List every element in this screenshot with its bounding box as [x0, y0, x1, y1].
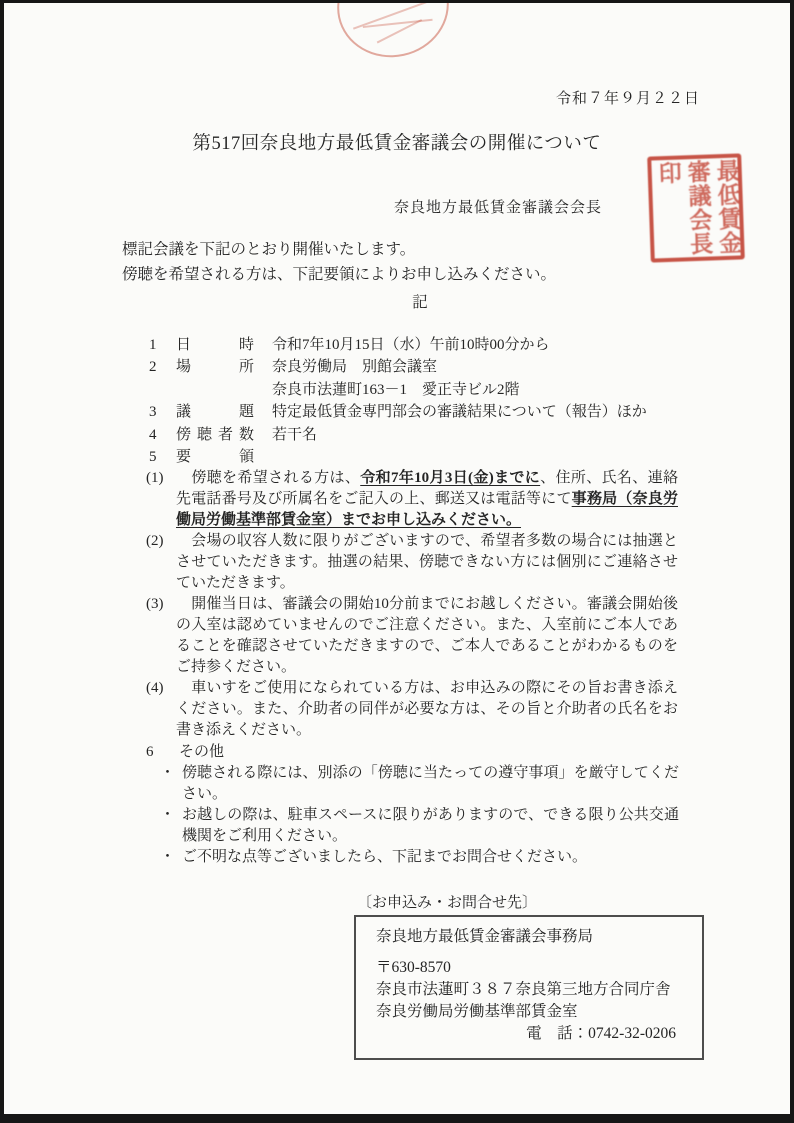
item-value — [272, 446, 709, 468]
item-value: 若干名 — [272, 424, 709, 446]
section-title: その他 — [179, 742, 224, 763]
item-number: 4 — [149, 424, 176, 446]
item-value: 令和7年10月15日（水）午前10時00分から — [272, 334, 709, 356]
sub-item-2: (2) 会場の収容人数に限りがございますので、希望者多数の場合には抽選とさせてい… — [146, 531, 680, 594]
list-item-agenda: 3 議 題 特定最低賃金専門部会の審議結果について（報告）ほか — [149, 401, 709, 423]
document-title: 第517回奈良地方最低賃金審議会の開催について — [4, 129, 790, 155]
item-label: 傍聴者数 — [176, 424, 254, 446]
item-label: 場 所 — [176, 356, 254, 401]
intro-line-1: 標記会議を下記のとおり開催いたします。 — [122, 237, 556, 262]
date-received-stamp-icon — [328, 0, 459, 68]
place-line-2: 奈良市法蓮町163－1 愛正寺ビル2階 — [272, 379, 709, 401]
bullet-icon: ・ — [160, 847, 182, 868]
procedure-sub-list: (1) 傍聴を希望される方は、令和7年10月3日(金)までに、住所、氏名、連絡先… — [146, 468, 680, 868]
official-seal-icon: 奈良地方最低賃金審議会長印 — [647, 153, 745, 262]
contact-organization: 奈良地方最低賃金審議会事務局 — [376, 926, 702, 948]
item-number: 1 — [149, 334, 176, 356]
item-number: 2 — [149, 356, 176, 401]
item-number: 3 — [149, 401, 176, 423]
item-label: 要 領 — [176, 446, 254, 468]
sub-item-text: 傍聴を希望される方は、令和7年10月3日(金)までに、住所、氏名、連絡先電話番号… — [176, 468, 678, 531]
sub-item-marker: (1) — [146, 468, 176, 531]
contact-postal-code: 〒630-8570 — [376, 957, 702, 979]
document-date: 令和７年９月２２日 — [556, 87, 700, 108]
sub-item-text: 開催当日は、審議会の開始10分前までにお越しください。審議会開始後の入室は認めて… — [176, 594, 678, 678]
item-number: 5 — [149, 446, 176, 468]
ki-heading: 記 — [122, 290, 718, 312]
sub-item-1: (1) 傍聴を希望される方は、令和7年10月3日(金)までに、住所、氏名、連絡先… — [146, 468, 680, 531]
contact-phone: 電 話：0742-32-0206 — [376, 1023, 702, 1045]
bullet-item-2: ・ お越しの際は、駐車スペースに限りがありますので、できる限り公共交通機関をご利… — [160, 805, 680, 847]
bullet-icon: ・ — [160, 763, 182, 805]
section-other: 6 その他 ・ 傍聴される際には、別添の「傍聴に当たっての遵守事項」を厳守してく… — [146, 742, 680, 868]
item-value: 特定最低賃金専門部会の審議結果について（報告）ほか — [272, 401, 709, 423]
bullet-text: 傍聴される際には、別添の「傍聴に当たっての遵守事項」を厳守してください。 — [182, 763, 679, 805]
bullet-text: お越しの際は、駐車スペースに限りがありますので、できる限り公共交通機関をご利用く… — [182, 805, 679, 847]
sender-name: 奈良地方最低賃金審議会会長 — [394, 196, 602, 217]
contact-address: 奈良市法蓮町３８７奈良第三地方合同庁舎 — [376, 979, 702, 1001]
sub-item-4: (4) 車いすをご使用になられている方は、お申込みの際にその旨お書き添えください… — [146, 678, 680, 741]
contact-section-label: 〔お申込み・お問合せ先〕 — [357, 891, 537, 912]
item-label: 日 時 — [176, 334, 254, 356]
seal-text: 奈良地方最低賃金審議会長印 — [651, 156, 745, 258]
main-item-list: 1 日 時 令和7年10月15日（水）午前10時00分から 2 場 所 奈良労働… — [149, 334, 709, 468]
sub-item-text: 車いすをご使用になられている方は、お申込みの際にその旨お書き添えください。また、… — [176, 678, 678, 741]
intro-line-2: 傍聴を希望される方は、下記要領によりお申し込みください。 — [122, 262, 556, 287]
sub-item-text: 会場の収容人数に限りがございますので、希望者多数の場合には抽選とさせていただきま… — [176, 531, 678, 594]
list-item-datetime: 1 日 時 令和7年10月15日（水）午前10時00分から — [149, 334, 709, 356]
section-number: 6 — [146, 742, 179, 763]
item-value: 奈良労働局 別館会議室 奈良市法蓮町163－1 愛正寺ビル2階 — [272, 356, 709, 401]
item-label: 議 題 — [176, 401, 254, 423]
bullet-item-1: ・ 傍聴される際には、別添の「傍聴に当たっての遵守事項」を厳守してください。 — [160, 763, 680, 805]
sub-item-3: (3) 開催当日は、審議会の開始10分前までにお越しください。審議会開始後の入室… — [146, 594, 680, 678]
bullet-item-3: ・ ご不明な点等ございましたら、下記までお問合せください。 — [160, 847, 680, 868]
bullet-text: ご不明な点等ございましたら、下記までお問合せください。 — [182, 847, 679, 868]
text-segment: 傍聴を希望される方は、 — [176, 470, 360, 486]
bullet-icon: ・ — [160, 805, 182, 847]
section-other-heading: 6 その他 — [146, 742, 680, 763]
contact-office: 奈良労働局労働基準部賃金室 — [376, 1001, 702, 1023]
list-item-procedure: 5 要 領 — [149, 446, 709, 468]
list-item-place: 2 場 所 奈良労働局 別館会議室 奈良市法蓮町163－1 愛正寺ビル2階 — [149, 356, 709, 401]
place-line-1: 奈良労働局 別館会議室 — [272, 356, 709, 378]
list-item-observers: 4 傍聴者数 若干名 — [149, 424, 709, 446]
contact-info-box: 奈良地方最低賃金審議会事務局 〒630-8570 奈良市法蓮町３８７奈良第三地方… — [354, 915, 704, 1060]
sub-item-marker: (2) — [146, 531, 176, 594]
scanned-document-page: 令和７年９月２２日 第517回奈良地方最低賃金審議会の開催について 奈良地方最低… — [0, 0, 794, 1123]
intro-paragraph: 標記会議を下記のとおり開催いたします。 傍聴を希望される方は、下記要領によりお申… — [122, 237, 556, 287]
deadline-emphasis: 令和7年10月3日(金)までに — [360, 470, 540, 486]
sub-item-marker: (3) — [146, 594, 176, 678]
sub-item-marker: (4) — [146, 678, 176, 741]
